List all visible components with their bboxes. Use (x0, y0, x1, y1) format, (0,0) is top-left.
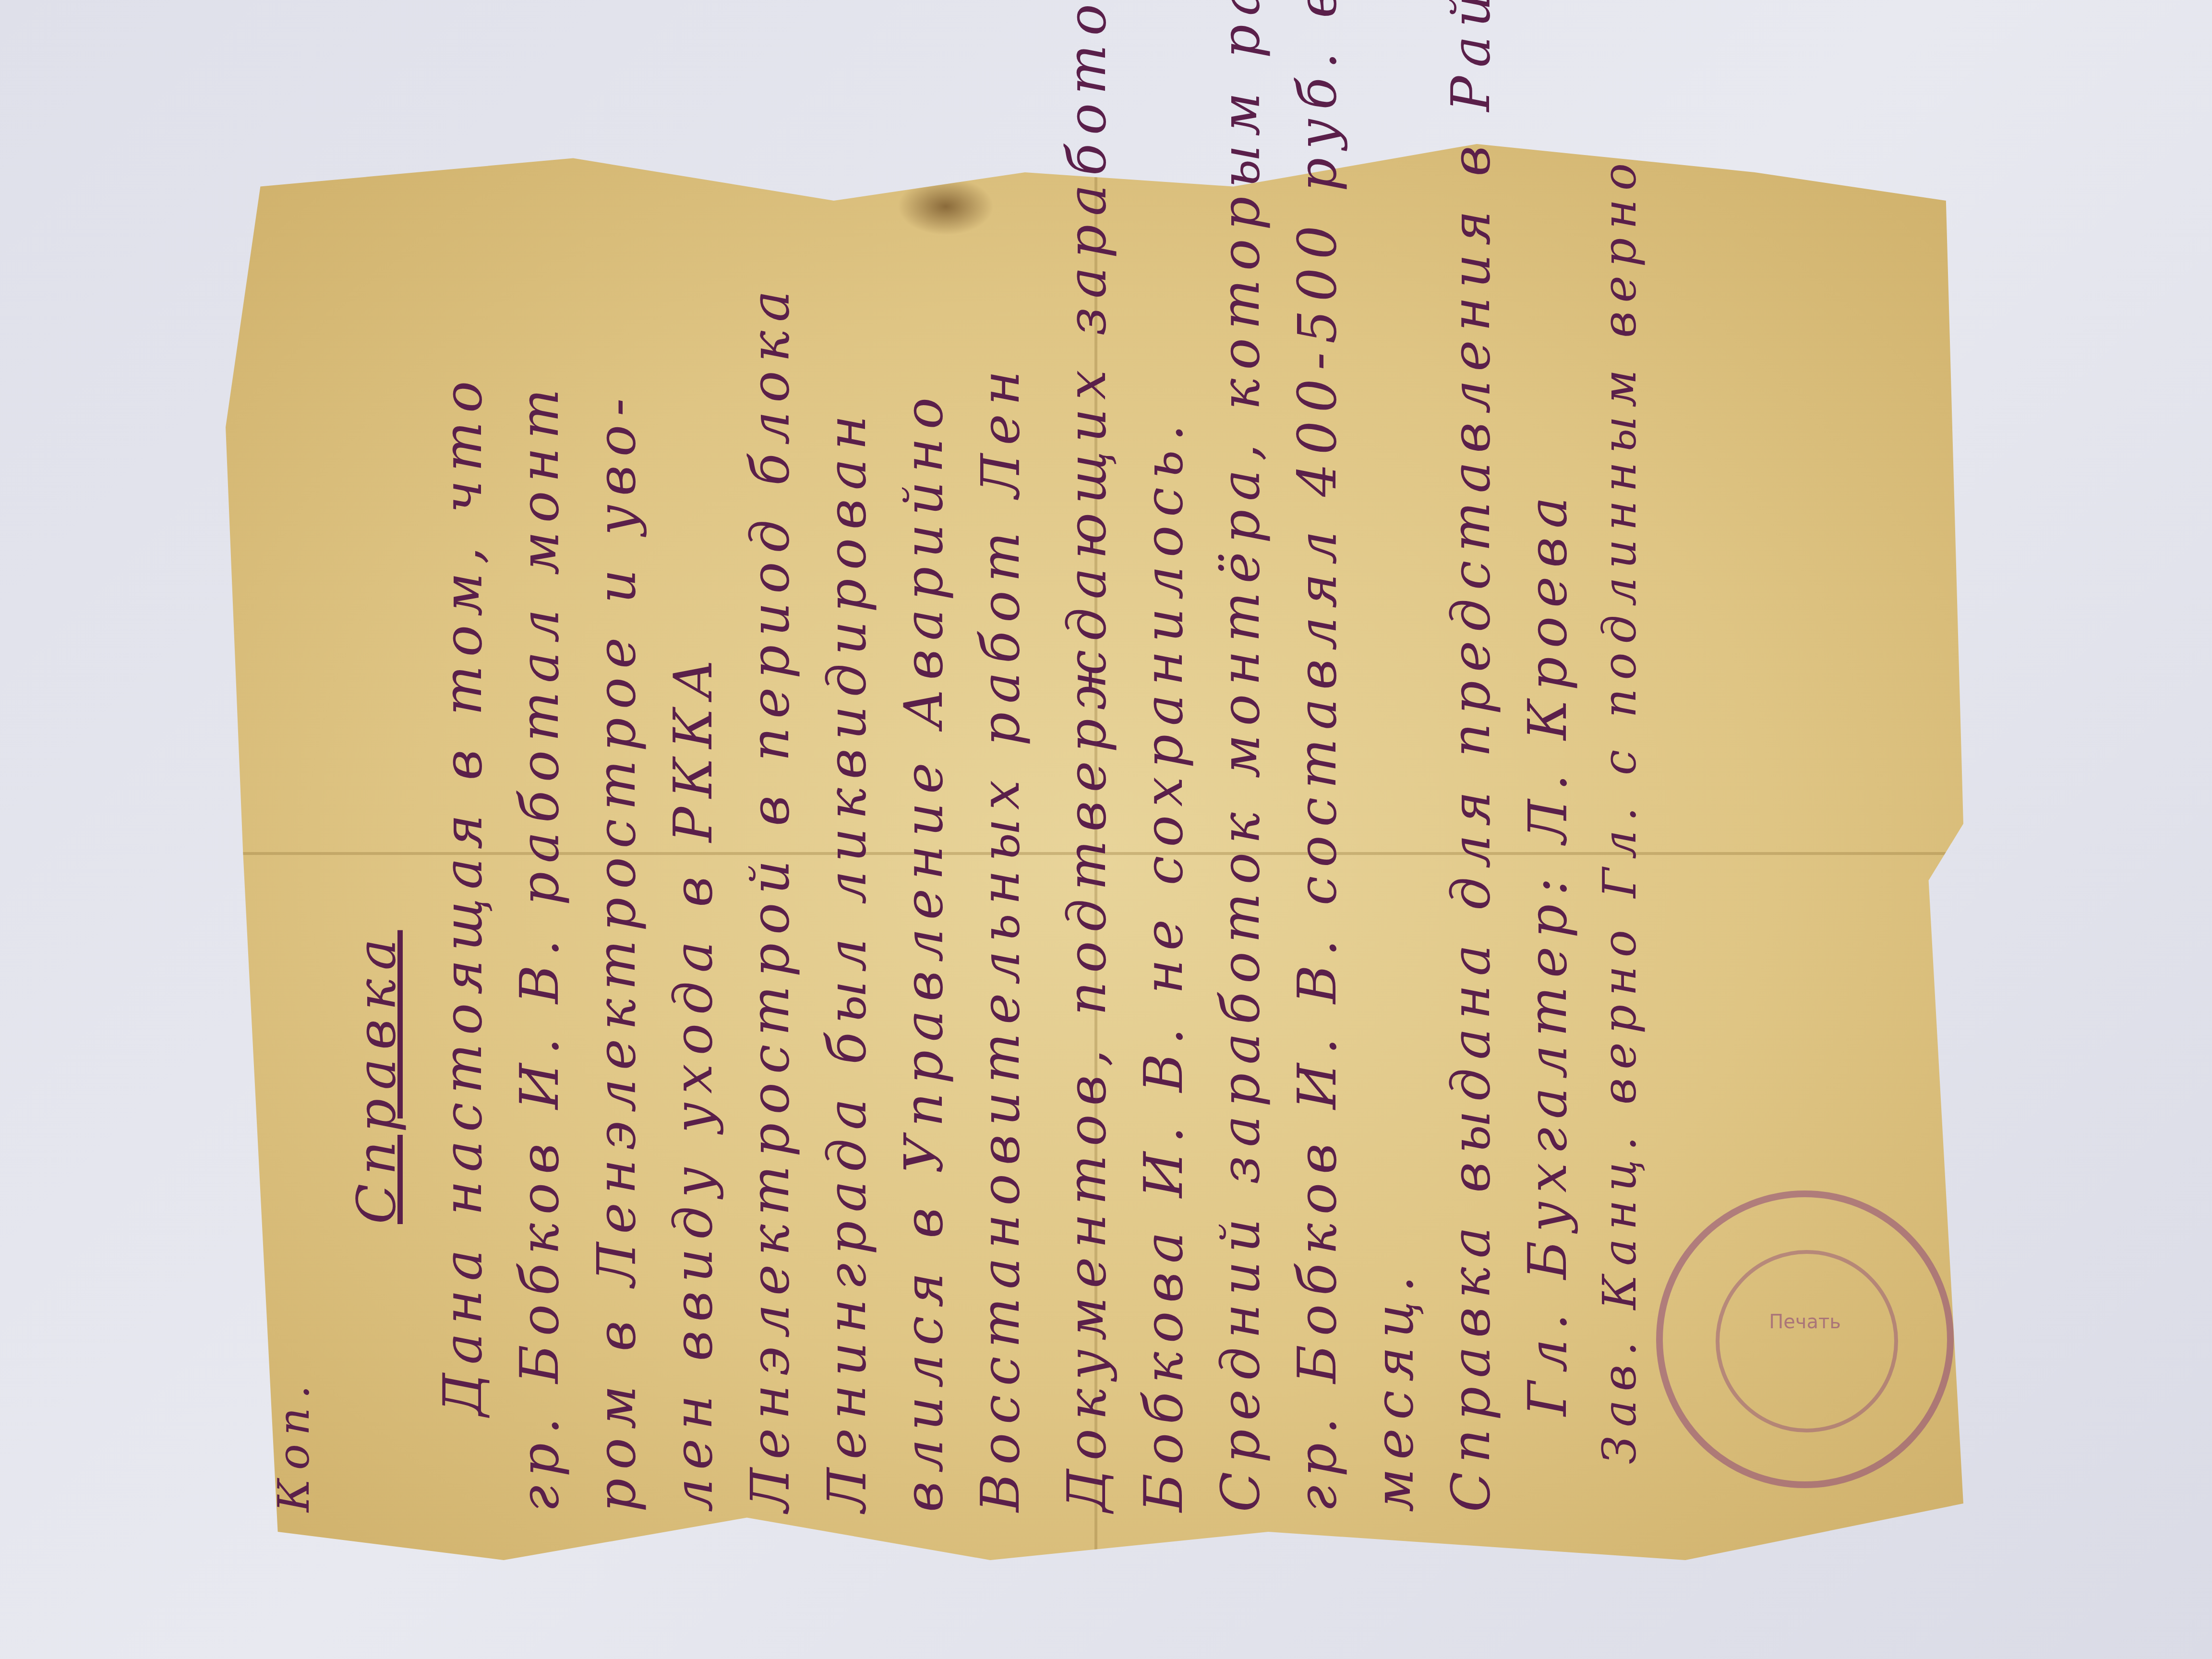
text-line: Ленэлектрострой в период блока (739, 282, 801, 1512)
text-line: влился в Управление Аварийно (893, 389, 954, 1512)
text-line: месяц. (1363, 1267, 1425, 1512)
text-line: гр. Бобков И. В. составлял 400-500 руб. … (1286, 0, 1348, 1512)
text-line: Дана настоящая в том, что (432, 373, 493, 1416)
seal-inner-ring (1716, 1250, 1898, 1432)
text-line: Справка выдана для представления в Райсо (1440, 0, 1502, 1512)
text-line: ром в Ленэлектрострое и уво- (586, 390, 647, 1512)
text-line: лен ввиду ухода в РККА (662, 650, 724, 1512)
text-line: Бобкова И. В. не сохранилось. (1133, 416, 1194, 1512)
text-line: Восстановительных работ Лен (970, 362, 1031, 1512)
text-line: Документов, подтверждающих заработок гр-… (1056, 0, 1118, 1512)
signature-line: Зав. Канц. верно Гл. с подлинным верно (1594, 155, 1647, 1464)
corner-note: Коп. (269, 1377, 319, 1512)
official-seal: Печать (1656, 1190, 1954, 1488)
accountant-line: Гл. Бухгалтер: Л. Кроева (1517, 488, 1578, 1416)
seal-text: Печать (1663, 1311, 1947, 1333)
text-line: Ленинграда был ликвидирован (816, 407, 878, 1512)
text-line: гр. Бобков И. В. работал монт (509, 380, 570, 1512)
text-line: Средний заработок монтёра, которым работ… (1210, 0, 1271, 1512)
document-title: Справка (346, 930, 407, 1224)
